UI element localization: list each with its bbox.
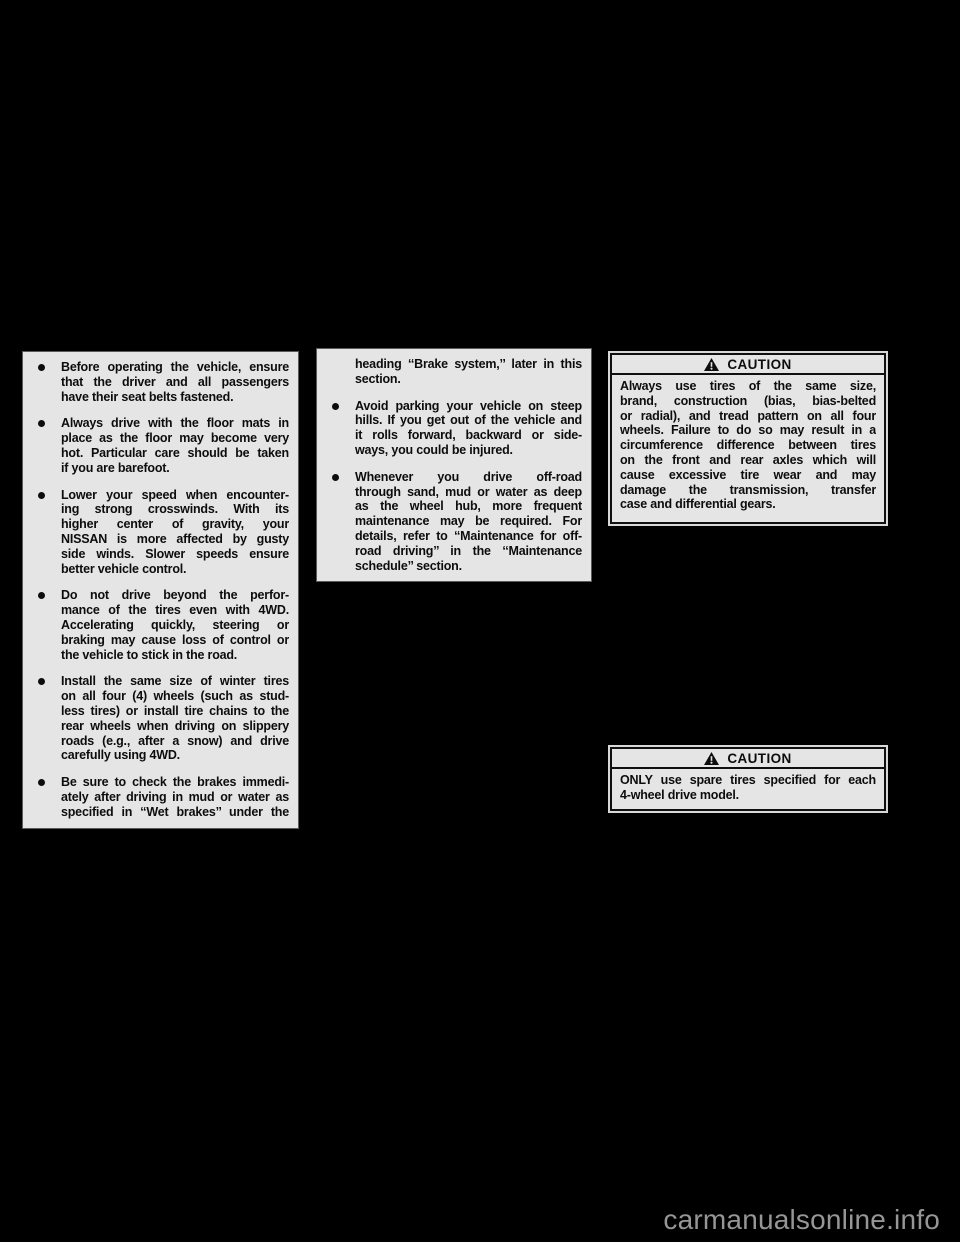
list-item: Be sure to check the brakes immedi-ately… (35, 775, 289, 819)
list-item: Install the same size of winter tireson … (35, 674, 289, 763)
bullet-text: Whenever you drive off-roadthrough sand,… (355, 470, 582, 574)
caution-header: CAUTION (612, 355, 884, 375)
bullet-icon (332, 403, 339, 410)
list-item: Do not drive beyond the perfor-mance of … (35, 588, 289, 662)
middle-text-box: heading ‘‘Brake system,’’ later in thiss… (316, 348, 592, 582)
watermark: carmanualsonline.info (663, 1204, 940, 1236)
bullet-text: Lower your speed when encounter-ing stro… (61, 488, 289, 577)
caution-box-spare-tires: CAUTION ONLY use spare tires specified f… (610, 747, 886, 811)
bullet-text: Install the same size of winter tireson … (61, 674, 289, 763)
list-item: Lower your speed when encounter-ing stro… (35, 488, 289, 577)
list-item: Avoid parking your vehicle on steephills… (329, 399, 582, 458)
bullet-text: Always drive with the floor mats inplace… (61, 416, 289, 475)
left-text-box: Before operating the vehicle, ensurethat… (22, 351, 299, 829)
list-item: Whenever you drive off-roadthrough sand,… (329, 470, 582, 574)
continuation-text: heading ‘‘Brake system,’’ later in thiss… (355, 357, 582, 387)
caution-text: Always use tires of the same size,brand,… (612, 375, 884, 518)
bullet-text: Avoid parking your vehicle on steephills… (355, 399, 582, 458)
caution-text: ONLY use spare tires specified for each4… (612, 769, 884, 809)
warning-triangle-icon (704, 752, 719, 765)
bullet-icon (38, 779, 45, 786)
bullet-text: Be sure to check the brakes immedi-ately… (61, 775, 289, 819)
warning-triangle-icon (704, 358, 719, 371)
bullet-icon (38, 420, 45, 427)
bullet-icon (38, 678, 45, 685)
bullet-text: Do not drive beyond the perfor-mance of … (61, 588, 289, 662)
caution-title: CAUTION (727, 357, 791, 372)
bullet-icon (332, 474, 339, 481)
bullet-text: Before operating the vehicle, ensurethat… (61, 360, 289, 404)
bullet-icon (38, 364, 45, 371)
bullet-icon (38, 592, 45, 599)
list-item: Always drive with the floor mats inplace… (35, 416, 289, 475)
list-item: Before operating the vehicle, ensurethat… (35, 360, 289, 404)
manual-page: Before operating the vehicle, ensurethat… (0, 0, 960, 1242)
caution-title: CAUTION (727, 751, 791, 766)
bullet-icon (38, 492, 45, 499)
caution-header: CAUTION (612, 749, 884, 769)
caution-box-tires: CAUTION Always use tires of the same siz… (610, 353, 886, 524)
